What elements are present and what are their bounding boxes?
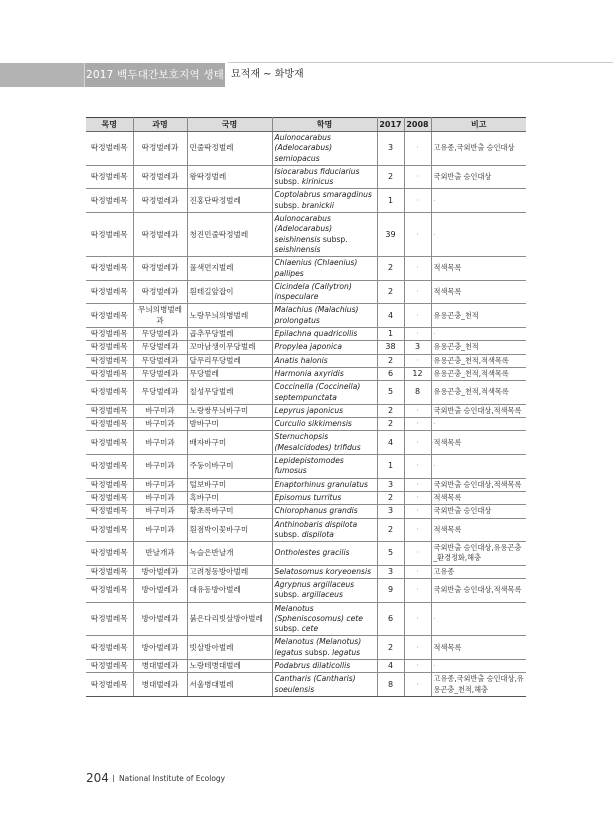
order-cell: 딱정벌레목 [86, 404, 133, 417]
family-cell: 바구미과 [133, 491, 187, 504]
family-cell: 바구미과 [133, 505, 187, 518]
footer-organization: National Institute of Ecology [119, 774, 225, 783]
table-row: 딱정벌레목무당벌레과달무리무당벌레Anatis halonis2·유용곤충_천적… [86, 354, 526, 367]
remarks-cell: 고유종,국외반출 승인대상,유용곤충_천적,해충 [431, 673, 526, 697]
korean-name-cell: 혹바구미 [187, 491, 272, 504]
running-header-series-title: 2017 백두대간보호지역 생태계 조사 [84, 63, 225, 87]
order-cell: 딱정벌레목 [86, 341, 133, 354]
count-2008-cell: · [404, 132, 431, 166]
table-row: 딱정벌레목무당벌레과꼬마남생이무당벌레Propylea japonica383유… [86, 341, 526, 354]
scientific-name-cell: Cantharis (Cantharis)soeulensis [272, 673, 377, 697]
order-cell: 딱정벌레목 [86, 660, 133, 673]
family-cell: 딱정벌레과 [133, 165, 187, 189]
order-cell: 딱정벌레목 [86, 542, 133, 566]
table-row: 딱정벌레목방아벌레과빗살방아벌레Melanotus (Melanotus)leg… [86, 636, 526, 660]
scientific-name-cell: Agrypnus argillaceussubsp. argillaceus [272, 578, 377, 602]
col-header-order: 목명 [86, 118, 133, 132]
count-2008-cell: · [404, 673, 431, 697]
count-2017-cell: 5 [377, 542, 404, 566]
count-2017-cell: 2 [377, 404, 404, 417]
order-cell: 딱정벌레목 [86, 328, 133, 341]
korean-name-cell: 녹슬은반날개 [187, 542, 272, 566]
family-cell: 무당벌레과 [133, 381, 187, 405]
count-2017-cell: 1 [377, 189, 404, 213]
order-cell: 딱정벌레목 [86, 367, 133, 380]
remarks-cell: 적색목록 [431, 280, 526, 304]
scientific-name-cell: Aulonocarabus(Adelocarabus)seishinensis … [272, 213, 377, 257]
korean-name-cell: 칠성무당벌레 [187, 381, 272, 405]
table-row: 딱정벌레목병대벌레과서울병대벌레Cantharis (Cantharis)soe… [86, 673, 526, 697]
table-row: 딱정벌레목방아벌레과대유동방아벌레Agrypnus argillaceussub… [86, 578, 526, 602]
korean-name-cell: 서울병대벌레 [187, 673, 272, 697]
remarks-cell: 유용곤충_천적 [431, 341, 526, 354]
count-2017-cell: 3 [377, 565, 404, 578]
order-cell: 딱정벌레목 [86, 381, 133, 405]
count-2017-cell: 2 [377, 518, 404, 542]
korean-name-cell: 무당벌레 [187, 367, 272, 380]
remarks-cell: · [431, 189, 526, 213]
table-row: 딱정벌레목딱정벌레과흰테길앞잡이Cicindela (Callytron)ins… [86, 280, 526, 304]
family-cell: 바구미과 [133, 404, 187, 417]
table-row: 딱정벌레목무당벌레과무당벌레Harmonia axyridis612유용곤충_천… [86, 367, 526, 380]
count-2008-cell: · [404, 165, 431, 189]
remarks-cell: · [431, 660, 526, 673]
count-2008-cell: · [404, 518, 431, 542]
count-2017-cell: 2 [377, 280, 404, 304]
family-cell: 방아벌레과 [133, 565, 187, 578]
count-2017-cell: 2 [377, 636, 404, 660]
scientific-name-cell: Aulonocarabus(Adelocarabus)semiopacus [272, 132, 377, 166]
count-2008-cell: · [404, 491, 431, 504]
korean-name-cell: 노랑무늬의병벌레 [187, 304, 272, 328]
scientific-name-cell: Selatosomus koryeoensis [272, 565, 377, 578]
table-row: 딱정벌레목무당벌레과칠성무당벌레Coccinella (Coccinella)s… [86, 381, 526, 405]
remarks-cell: · [431, 328, 526, 341]
table-row: 딱정벌레목바구미과주둥이바구미Lepidepistomodesfumosus1·… [86, 455, 526, 479]
order-cell: 딱정벌레목 [86, 491, 133, 504]
remarks-cell: 고유종,국외반출 승인대상 [431, 132, 526, 166]
family-cell: 방아벌레과 [133, 602, 187, 636]
count-2008-cell: 3 [404, 341, 431, 354]
order-cell: 딱정벌레목 [86, 418, 133, 431]
table-row: 딱정벌레목방아벌레과고려청동방아벌레Selatosomus koryeoensi… [86, 565, 526, 578]
korean-name-cell: 밤바구미 [187, 418, 272, 431]
count-2017-cell: 1 [377, 328, 404, 341]
korean-name-cell: 빗살방아벌레 [187, 636, 272, 660]
table-row: 딱정벌레목병대벌레과노랑테병대벌레Podabrus dilaticollis4·… [86, 660, 526, 673]
remarks-cell: 유용곤충_천적,적색목록 [431, 381, 526, 405]
order-cell: 딱정벌레목 [86, 213, 133, 257]
family-cell: 무당벌레과 [133, 367, 187, 380]
remarks-cell: · [431, 455, 526, 479]
remarks-cell: 국외반출 승인대상 [431, 165, 526, 189]
order-cell: 딱정벌레목 [86, 132, 133, 166]
count-2017-cell: 2 [377, 354, 404, 367]
remarks-cell: 국외반출 승인대상,적색목록 [431, 404, 526, 417]
remarks-cell: · [431, 602, 526, 636]
page-number: 204 [86, 771, 109, 785]
order-cell: 딱정벌레목 [86, 257, 133, 281]
order-cell: 딱정벌레목 [86, 304, 133, 328]
table-row: 딱정벌레목반날개과녹슬은반날개Ontholestes gracilis5·국외반… [86, 542, 526, 566]
count-2017-cell: 2 [377, 165, 404, 189]
count-2017-cell: 1 [377, 455, 404, 479]
order-cell: 딱정벌레목 [86, 673, 133, 697]
family-cell: 바구미과 [133, 518, 187, 542]
scientific-name-cell: Sternuchopsis(Mesalcidodes) trifidus [272, 431, 377, 455]
count-2017-cell: 8 [377, 673, 404, 697]
col-header-2017: 2017 [377, 118, 404, 132]
korean-name-cell: 고려청동방아벌레 [187, 565, 272, 578]
count-2017-cell: 2 [377, 418, 404, 431]
korean-name-cell: 달무리무당벌레 [187, 354, 272, 367]
count-2008-cell: · [404, 304, 431, 328]
footer-separator [113, 775, 114, 782]
korean-name-cell: 곱추무당벌레 [187, 328, 272, 341]
count-2008-cell: · [404, 431, 431, 455]
scientific-name-cell: Epilachna quadricollis [272, 328, 377, 341]
korean-name-cell: 꼬마남생이무당벌레 [187, 341, 272, 354]
scientific-name-cell: Melanotus (Melanotus)legatus subsp. lega… [272, 636, 377, 660]
family-cell: 병대벌레과 [133, 660, 187, 673]
count-2008-cell: · [404, 505, 431, 518]
korean-name-cell: 노랑쌍무늬바구미 [187, 404, 272, 417]
scientific-name-cell: Ontholestes gracilis [272, 542, 377, 566]
korean-name-cell: 진홍단딱정벌레 [187, 189, 272, 213]
table-row: 딱정벌레목딱정벌레과민줄딱정벌레Aulonocarabus(Adelocarab… [86, 132, 526, 166]
table-row: 딱정벌레목바구미과흰점박이꽃바구미Anthinobaris dispilotas… [86, 518, 526, 542]
korean-name-cell: 청진민줄딱정벌레 [187, 213, 272, 257]
count-2017-cell: 9 [377, 578, 404, 602]
table-row: 딱정벌레목방아벌레과붉은다리빗살방아벌레Melanotus(Spheniscos… [86, 602, 526, 636]
family-cell: 병대벌레과 [133, 673, 187, 697]
count-2017-cell: 4 [377, 304, 404, 328]
scientific-name-cell: Melanotus(Spheniscosomus) cetesubsp. cet… [272, 602, 377, 636]
order-cell: 딱정벌레목 [86, 578, 133, 602]
scientific-name-cell: Episomus turritus [272, 491, 377, 504]
scientific-name-cell: Isiocarabus fiduciariussubsp. kirinicus [272, 165, 377, 189]
family-cell: 딱정벌레과 [133, 257, 187, 281]
korean-name-cell: 대유동방아벌레 [187, 578, 272, 602]
species-table-body: 딱정벌레목딱정벌레과민줄딱정벌레Aulonocarabus(Adelocarab… [86, 132, 526, 697]
family-cell: 방아벌레과 [133, 636, 187, 660]
count-2017-cell: 3 [377, 132, 404, 166]
korean-name-cell: 흰테길앞잡이 [187, 280, 272, 304]
count-2017-cell: 3 [377, 505, 404, 518]
remarks-cell: 적색목록 [431, 518, 526, 542]
family-cell: 딱정벌레과 [133, 280, 187, 304]
order-cell: 딱정벌레목 [86, 280, 133, 304]
count-2008-cell: · [404, 257, 431, 281]
korean-name-cell: 털보바구미 [187, 478, 272, 491]
family-cell: 딱정벌레과 [133, 132, 187, 166]
scientific-name-cell: Coccinella (Coccinella)septempunctata [272, 381, 377, 405]
table-header-row: 목명 과명 국명 학명 2017 2008 비고 [86, 118, 526, 132]
count-2017-cell: 3 [377, 478, 404, 491]
scientific-name-cell: Chlaenius (Chlaenius)pallipes [272, 257, 377, 281]
count-2008-cell: · [404, 418, 431, 431]
order-cell: 딱정벌레목 [86, 354, 133, 367]
korean-name-cell: 민줄딱정벌레 [187, 132, 272, 166]
scientific-name-cell: Curculio sikkimensis [272, 418, 377, 431]
count-2008-cell: · [404, 280, 431, 304]
col-header-family: 과명 [133, 118, 187, 132]
scientific-name-cell: Chlorophanus grandis [272, 505, 377, 518]
table-row: 딱정벌레목바구미과털보바구미Enaptorhinus granulatus3·국… [86, 478, 526, 491]
count-2017-cell: 4 [377, 660, 404, 673]
remarks-cell: 유용곤충_천적,적색목록 [431, 354, 526, 367]
order-cell: 딱정벌레목 [86, 165, 133, 189]
col-header-remarks: 비고 [431, 118, 526, 132]
family-cell: 무당벌레과 [133, 328, 187, 341]
count-2008-cell: · [404, 578, 431, 602]
scientific-name-cell: Harmonia axyridis [272, 367, 377, 380]
korean-name-cell: 풀색먼지벌레 [187, 257, 272, 281]
scientific-name-cell: Malachius (Malachius)prolongatus [272, 304, 377, 328]
family-cell: 반날개과 [133, 542, 187, 566]
count-2008-cell: · [404, 354, 431, 367]
remarks-cell: 적색목록 [431, 257, 526, 281]
col-header-scientific-name: 학명 [272, 118, 377, 132]
count-2008-cell: 8 [404, 381, 431, 405]
family-cell: 딱정벌레과 [133, 213, 187, 257]
count-2017-cell: 39 [377, 213, 404, 257]
remarks-cell: 국외반출 승인대상,적색목록 [431, 578, 526, 602]
family-cell: 바구미과 [133, 455, 187, 479]
korean-name-cell: 주둥이바구미 [187, 455, 272, 479]
count-2008-cell: · [404, 660, 431, 673]
count-2008-cell: · [404, 542, 431, 566]
korean-name-cell: 배자바구미 [187, 431, 272, 455]
korean-name-cell: 흰점박이꽃바구미 [187, 518, 272, 542]
count-2017-cell: 38 [377, 341, 404, 354]
remarks-cell: 국외반출 승인대상,유용곤충_환경정화,해충 [431, 542, 526, 566]
order-cell: 딱정벌레목 [86, 478, 133, 491]
remarks-cell: 적색목록 [431, 431, 526, 455]
count-2017-cell: 2 [377, 257, 404, 281]
remarks-cell: 유용곤충_천적,적색목록 [431, 367, 526, 380]
table-row: 딱정벌레목딱정벌레과진홍단딱정벌레Coptolabrus smaragdinus… [86, 189, 526, 213]
family-cell: 무당벌레과 [133, 354, 187, 367]
table-row: 딱정벌레목바구미과황초록바구미Chlorophanus grandis3·국외반… [86, 505, 526, 518]
scientific-name-cell: Enaptorhinus granulatus [272, 478, 377, 491]
count-2017-cell: 6 [377, 602, 404, 636]
order-cell: 딱정벌레목 [86, 505, 133, 518]
table-row: 딱정벌레목바구미과밤바구미Curculio sikkimensis2·· [86, 418, 526, 431]
remarks-cell: 고유종 [431, 565, 526, 578]
family-cell: 방아벌레과 [133, 578, 187, 602]
remarks-cell: 유용곤충_천적 [431, 304, 526, 328]
family-cell: 무늬의병벌레과 [133, 304, 187, 328]
remarks-cell: 국외반출 승인대상 [431, 505, 526, 518]
count-2017-cell: 4 [377, 431, 404, 455]
count-2008-cell: · [404, 565, 431, 578]
scientific-name-cell: Anatis halonis [272, 354, 377, 367]
table-row: 딱정벌레목바구미과노랑쌍무늬바구미Lepyrus japonicus2·국외반출… [86, 404, 526, 417]
family-cell: 바구미과 [133, 431, 187, 455]
order-cell: 딱정벌레목 [86, 602, 133, 636]
count-2008-cell: · [404, 455, 431, 479]
remarks-cell: 적색목록 [431, 636, 526, 660]
count-2008-cell: · [404, 189, 431, 213]
order-cell: 딱정벌레목 [86, 565, 133, 578]
order-cell: 딱정벌레목 [86, 636, 133, 660]
table-row: 딱정벌레목딱정벌레과풀색먼지벌레Chlaenius (Chlaenius)pal… [86, 257, 526, 281]
family-cell: 바구미과 [133, 418, 187, 431]
family-cell: 바구미과 [133, 478, 187, 491]
order-cell: 딱정벌레목 [86, 189, 133, 213]
korean-name-cell: 왕딱정벌레 [187, 165, 272, 189]
scientific-name-cell: Lepyrus japonicus [272, 404, 377, 417]
scientific-name-cell: Lepidepistomodesfumosus [272, 455, 377, 479]
count-2008-cell: · [404, 404, 431, 417]
table-row: 딱정벌레목바구미과배자바구미Sternuchopsis(Mesalcidodes… [86, 431, 526, 455]
order-cell: 딱정벌레목 [86, 431, 133, 455]
col-header-2008: 2008 [404, 118, 431, 132]
family-cell: 딱정벌레과 [133, 189, 187, 213]
scientific-name-cell: Podabrus dilaticollis [272, 660, 377, 673]
count-2017-cell: 6 [377, 367, 404, 380]
remarks-cell: · [431, 418, 526, 431]
scientific-name-cell: Anthinobaris dispilotasubsp. dispilota [272, 518, 377, 542]
count-2008-cell: · [404, 602, 431, 636]
korean-name-cell: 황초록바구미 [187, 505, 272, 518]
scientific-name-cell: Coptolabrus smaragdinussubsp. branickii [272, 189, 377, 213]
order-cell: 딱정벌레목 [86, 455, 133, 479]
running-header-section-title: 묘적재 ~ 화방재 [231, 63, 304, 87]
remarks-cell: 국외반출 승인대상,적색목록 [431, 478, 526, 491]
table-row: 딱정벌레목바구미과혹바구미Episomus turritus2·적색목록 [86, 491, 526, 504]
count-2008-cell: 12 [404, 367, 431, 380]
count-2017-cell: 2 [377, 491, 404, 504]
remarks-cell: 적색목록 [431, 491, 526, 504]
count-2008-cell: · [404, 478, 431, 491]
count-2008-cell: · [404, 213, 431, 257]
table-row: 딱정벌레목딱정벌레과청진민줄딱정벌레Aulonocarabus(Adelocar… [86, 213, 526, 257]
species-table: 목명 과명 국명 학명 2017 2008 비고 딱정벌레목딱정벌레과민줄딱정벌… [86, 117, 526, 697]
remarks-cell: · [431, 213, 526, 257]
table-row: 딱정벌레목무당벌레과곱추무당벌레Epilachna quadricollis1·… [86, 328, 526, 341]
count-2008-cell: · [404, 636, 431, 660]
table-row: 딱정벌레목딱정벌레과왕딱정벌레Isiocarabus fiduciariussu… [86, 165, 526, 189]
count-2008-cell: · [404, 328, 431, 341]
count-2017-cell: 5 [377, 381, 404, 405]
table-row: 딱정벌레목무늬의병벌레과노랑무늬의병벌레Malachius (Malachius… [86, 304, 526, 328]
family-cell: 무당벌레과 [133, 341, 187, 354]
order-cell: 딱정벌레목 [86, 518, 133, 542]
korean-name-cell: 노랑테병대벌레 [187, 660, 272, 673]
korean-name-cell: 붉은다리빗살방아벌레 [187, 602, 272, 636]
scientific-name-cell: Propylea japonica [272, 341, 377, 354]
scientific-name-cell: Cicindela (Callytron)inspeculare [272, 280, 377, 304]
col-header-korean-name: 국명 [187, 118, 272, 132]
